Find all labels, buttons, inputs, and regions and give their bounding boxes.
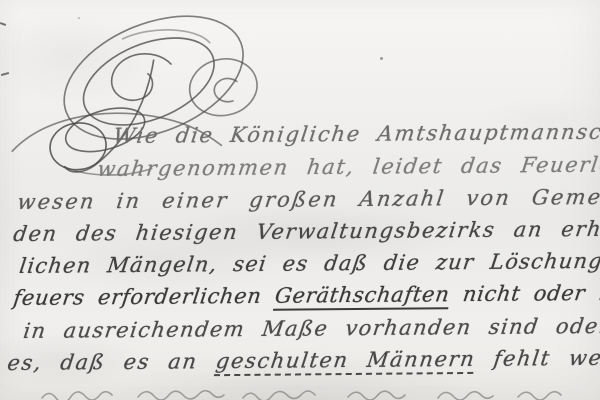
manuscript-page: Wie die Königliche Amtshauptmannschaft w… [0,0,600,400]
manuscript-line-1: Wie die Königliche Amtshauptmannschaft [112,119,600,148]
line-8-text: es, daß es an [6,349,218,375]
line-6-text: feuers erforderlichen [12,284,277,310]
ink-speck [380,57,383,60]
cutoff-manuscript-line-9 [28,386,578,400]
underlined-word-geraethschaften: Geräthschaften [273,282,451,311]
line-8-text-after: fehlt welche [474,345,600,371]
manuscript-line-4: den des hiesigen Verwaltungsbezirks an e… [12,217,600,246]
underlined-words-geschulte-maenner: geschulten Männern [214,347,477,376]
manuscript-line-3: wesen in einer großen Anzahl von Gemein [16,185,600,214]
manuscript-line-7: in ausreichendem Maße vorhanden sind ode… [22,313,600,343]
line-6-text-after: nicht oder nicht [448,280,600,306]
ink-speck [78,17,80,19]
manuscript-line-6: feuers erforderlichen Geräthschaften nic… [12,280,600,310]
manuscript-line-2: wahrgenommen hat, leidet das Feuerlösch [96,152,600,181]
manuscript-line-5: lichen Mängeln, sei es daß die zur Lösch… [18,248,600,278]
manuscript-line-8: es, daß es an geschulten Männern fehlt w… [6,345,600,375]
